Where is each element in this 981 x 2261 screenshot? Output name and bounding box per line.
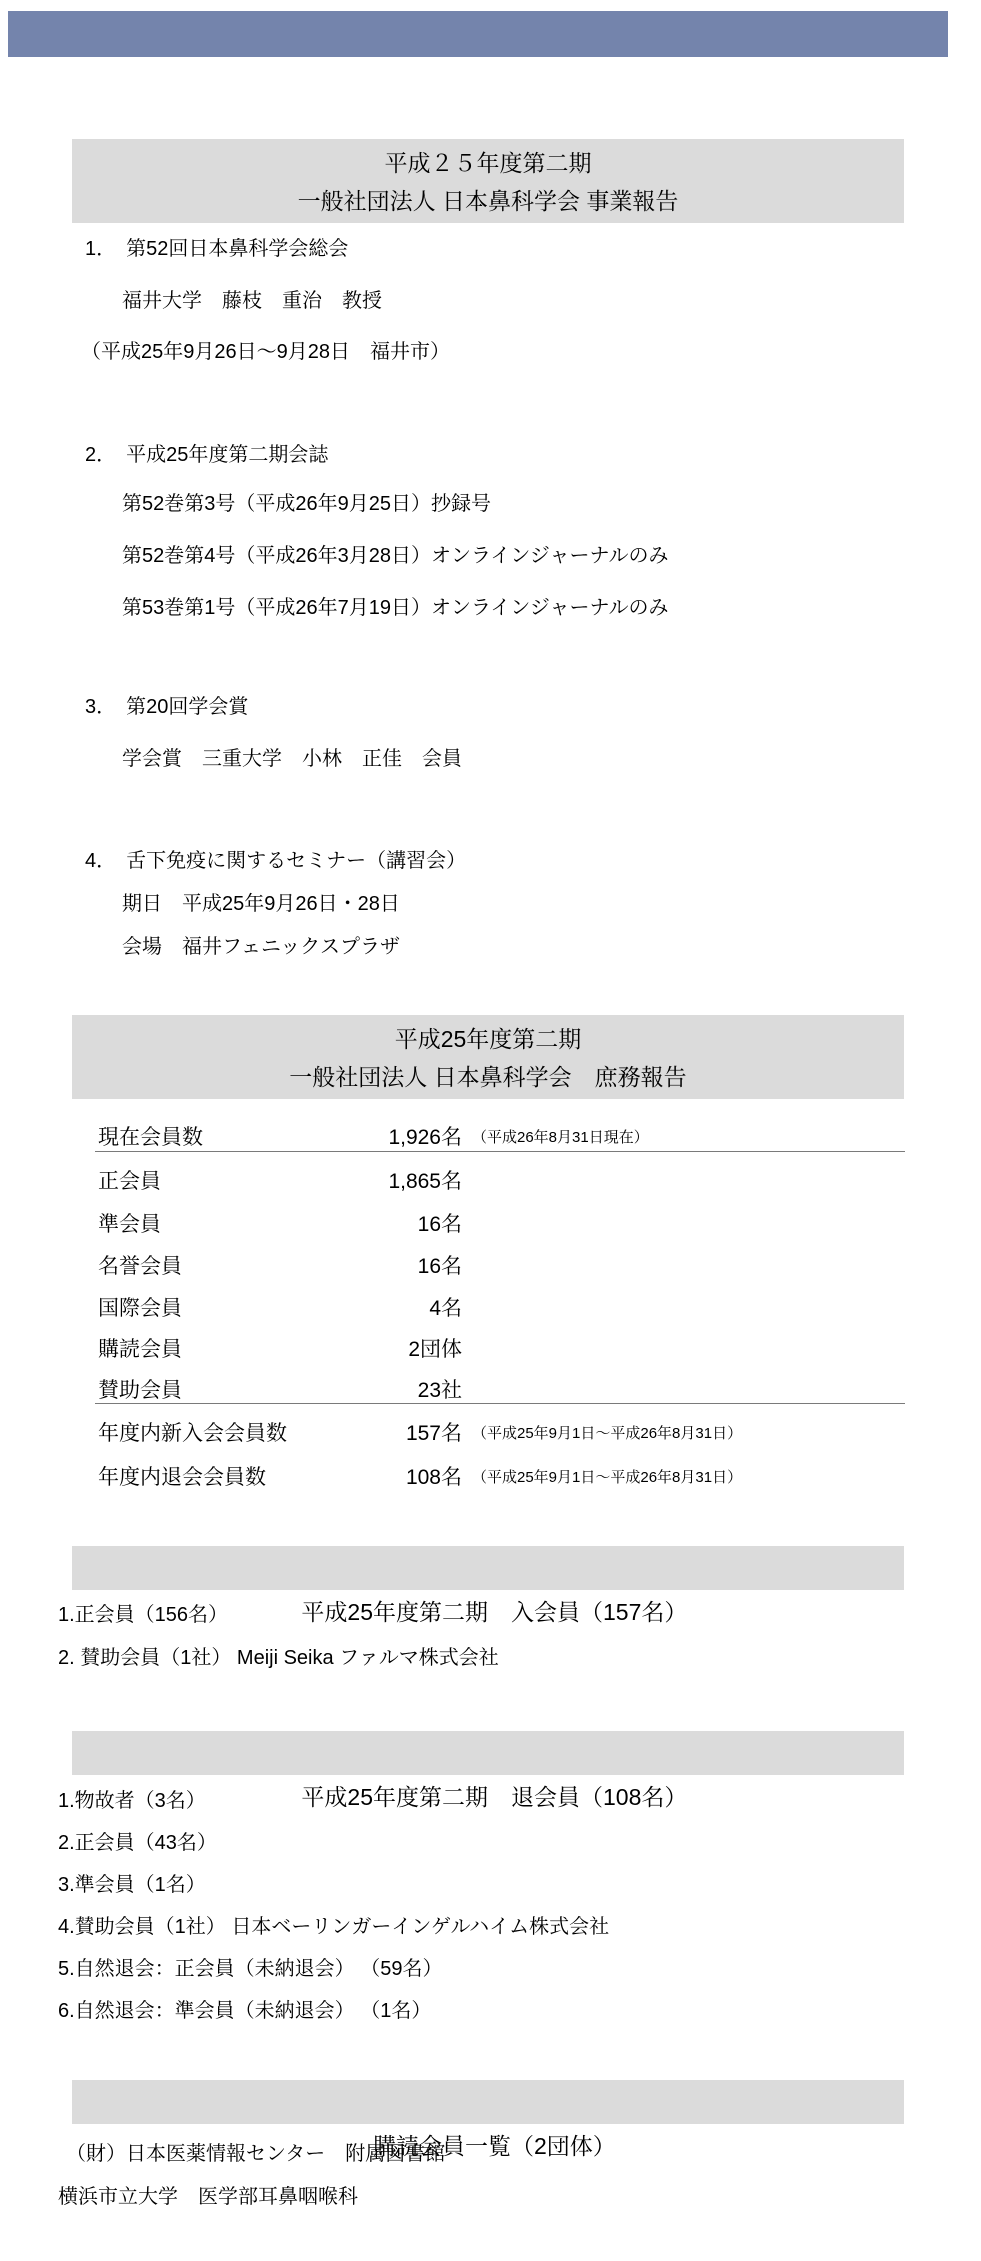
member-count-value: 16名 xyxy=(98,1208,462,1238)
member-count-value: 1,926名 xyxy=(98,1121,462,1151)
list-item: 横浜市立大学 医学部耳鼻咽喉科 xyxy=(58,2185,358,2209)
member-count-note: （平成25年9月1日～平成26年8月31日） xyxy=(472,1422,742,1443)
business-report-title-line2: 一般社団法人 日本鼻科学会 事業報告 xyxy=(72,182,904,220)
new-members-bar: 平成25年度第二期 入会員（157名） xyxy=(72,1546,904,1590)
item1-line1: 福井大学 藤枝 重治 教授 xyxy=(122,289,382,313)
table-row-new-members: 年度内新入会会員数 157名 （平成25年9月1日～平成26年8月31日） xyxy=(98,1417,905,1443)
list-item: 2.正会員（43名） xyxy=(58,1831,217,1855)
table-divider-top xyxy=(95,1151,905,1152)
table-row-withdrawn-members: 年度内退会会員数 108名 （平成25年9月1日～平成26年8月31日） xyxy=(98,1461,905,1487)
table-row-subscriber: 購読会員 2団体 xyxy=(98,1333,905,1359)
list-item: 4.賛助会員（1社） 日本ベーリンガーインゲルハイム株式会社 xyxy=(58,1915,609,1939)
table-divider-bottom xyxy=(95,1403,905,1404)
general-affairs-title-line2: 一般社団法人 日本鼻科学会 庶務報告 xyxy=(72,1058,904,1096)
member-count-note: （平成26年8月31日現在） xyxy=(472,1126,649,1147)
item2-line3: 第53巻第1号（平成26年7月19日）オンラインジャーナルのみ xyxy=(122,596,668,620)
page-title: 事業報告 xyxy=(46,65,150,95)
member-count-value: 2団体 xyxy=(98,1333,462,1363)
general-affairs-title-line1: 平成25年度第二期 xyxy=(72,1020,904,1058)
list-item: 3.準会員（1名） xyxy=(58,1873,206,1897)
item1-line2: （平成25年9月26日～9月28日 福井市） xyxy=(81,340,450,364)
business-report-title-line1: 平成２５年度第二期 xyxy=(72,144,904,182)
table-row-international: 国際会員 4名 xyxy=(98,1292,905,1318)
item3-line1: 学会賞 三重大学 小林 正佳 会員 xyxy=(122,747,462,771)
list-item: 6.自然退会：準会員（未納退会） （1名） xyxy=(58,1999,431,2023)
table-row-honorary: 名誉会員 16名 xyxy=(98,1250,905,1276)
subscription-members-bar: 購読会員一覧（2団体） xyxy=(72,2080,904,2124)
member-count-value: 4名 xyxy=(98,1292,462,1322)
member-count-value: 1,865名 xyxy=(98,1165,462,1195)
item4-line1: 期日 平成25年9月26日・28日 xyxy=(122,892,400,916)
item2-line2: 第52巻第4号（平成26年3月28日）オンラインジャーナルのみ xyxy=(122,544,668,568)
member-count-value: 16名 xyxy=(98,1250,462,1280)
table-row-associate: 準会員 16名 xyxy=(98,1208,905,1234)
member-count-value: 157名 xyxy=(98,1417,462,1447)
item2-line1: 第52巻第3号（平成26年9月25日）抄録号 xyxy=(122,492,491,516)
list-item: 2. 賛助会員（1社） Meiji Seika ファルマ株式会社 xyxy=(58,1646,499,1670)
list-item: 5.自然退会：正会員（未納退会） （59名） xyxy=(58,1957,442,1981)
new-members-title: 平成25年度第二期 入会員（157名） xyxy=(301,1599,687,1625)
list-item: 1.物故者（3名） xyxy=(58,1789,206,1813)
list-item: （財）日本医薬情報センター 附属図書館 xyxy=(66,2142,445,2166)
item4-heading: 4． 舌下免疫に関するセミナー（講習会） xyxy=(85,849,466,873)
member-count-value: 23社 xyxy=(98,1374,462,1404)
withdrawn-members-bar: 平成25年度第二期 退会員（108名） xyxy=(72,1731,904,1775)
table-row-regular: 正会員 1,865名 xyxy=(98,1165,905,1191)
business-report-title-box: 平成２５年度第二期 一般社団法人 日本鼻科学会 事業報告 xyxy=(72,139,904,223)
withdrawn-members-title: 平成25年度第二期 退会員（108名） xyxy=(301,1784,687,1810)
item4-line2: 会場 福井フェニックスプラザ xyxy=(122,935,400,959)
table-row-current-total: 現在会員数 1,926名 （平成26年8月31日現在） xyxy=(98,1121,905,1147)
member-count-value: 108名 xyxy=(98,1461,462,1491)
list-item: 1.正会員（156名） xyxy=(58,1603,228,1627)
item1-heading: 1． 第52回日本鼻科学会総会 xyxy=(85,237,348,261)
page-header-bar: 事業報告 xyxy=(8,11,948,57)
table-row-supporting: 賛助会員 23社 xyxy=(98,1374,905,1400)
member-count-note: （平成25年9月1日～平成26年8月31日） xyxy=(472,1466,742,1487)
item3-heading: 3． 第20回学会賞 xyxy=(85,695,248,719)
item2-heading: 2． 平成25年度第二期会誌 xyxy=(85,443,328,467)
general-affairs-title-box: 平成25年度第二期 一般社団法人 日本鼻科学会 庶務報告 xyxy=(72,1015,904,1099)
